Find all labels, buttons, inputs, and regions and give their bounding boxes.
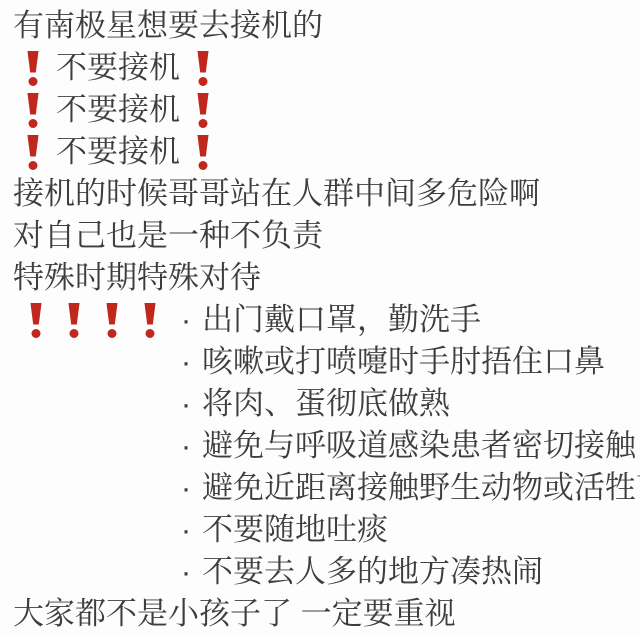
special-period-line: 特殊时期特殊对待 xyxy=(0,257,640,299)
tip-text: 咳嗽或打喷嚏时手肘捂住口鼻 xyxy=(202,341,605,383)
bullet-dot: · xyxy=(170,299,202,341)
tip-line: · 将肉、蛋彻底做熟 xyxy=(0,383,640,425)
exclamation-icon xyxy=(25,93,41,128)
warning-line: 不要接机 xyxy=(0,47,640,89)
tip-text: 不要去人多的地方凑热闹 xyxy=(202,551,543,593)
tip-line: · 避免与呼吸道感染患者密切接触 xyxy=(0,425,640,467)
special-period-text: 特殊时期特殊对待 xyxy=(13,257,261,299)
self-responsibility-line: 对自己也是一种不负责 xyxy=(0,215,640,257)
exclamation-icon xyxy=(142,303,158,338)
exclamation-icon xyxy=(66,303,82,338)
exclamation-icon xyxy=(104,303,120,338)
tip-line: · 咳嗽或打喷嚏时手肘捂住口鼻 xyxy=(0,341,640,383)
closing-line: 大家都不是小孩子了 一定要重视 xyxy=(0,593,640,635)
tips-header-line: · 出门戴口罩，勤洗手 xyxy=(0,299,640,341)
bullet-dot: · xyxy=(170,425,202,467)
bullet-dot: · xyxy=(170,383,202,425)
exclamation-icon xyxy=(195,135,211,170)
tip-text: 不要随地吐痰 xyxy=(202,509,388,551)
warning-text: 不要接机 xyxy=(56,89,180,131)
tip-text: 出门戴口罩，勤洗手 xyxy=(202,299,481,341)
tip-text: 将肉、蛋彻底做熟 xyxy=(202,383,450,425)
warning-text: 不要接机 xyxy=(56,131,180,173)
exclamation-icon xyxy=(195,51,211,86)
exclamation-icon xyxy=(28,303,44,338)
warning-text: 不要接机 xyxy=(56,47,180,89)
exclamation-icon-row xyxy=(28,303,158,338)
crowd-risk-text: 接机的时候哥哥站在人群中间多危险啊 xyxy=(13,173,540,215)
bullet-dot: · xyxy=(170,467,202,509)
warning-line: 不要接机 xyxy=(0,89,640,131)
tip-text: 避免与呼吸道感染患者密切接触 xyxy=(202,425,636,467)
closing-text: 大家都不是小孩子了 一定要重视 xyxy=(13,593,456,635)
self-responsibility-text: 对自己也是一种不负责 xyxy=(13,215,323,257)
warning-line: 不要接机 xyxy=(0,131,640,173)
tip-text: 避免近距离接触野生动物或活牲畜 xyxy=(202,467,640,509)
intro-line: 有南极星想要去接机的 xyxy=(0,5,640,47)
bullet-dot: · xyxy=(170,551,202,593)
post: 有南极星想要去接机的 不要接机 不要接机 不要接机 接机的时候哥哥站在人群中间多… xyxy=(0,0,640,635)
exclamation-icon xyxy=(25,51,41,86)
exclamation-icon xyxy=(195,93,211,128)
bullet-dot: · xyxy=(170,509,202,551)
tip-line: · 不要随地吐痰 xyxy=(0,509,640,551)
bullet-dot: · xyxy=(170,341,202,383)
exclamation-icon xyxy=(25,135,41,170)
crowd-risk-line: 接机的时候哥哥站在人群中间多危险啊 xyxy=(0,173,640,215)
intro-text: 有南极星想要去接机的 xyxy=(13,5,323,47)
tip-line: · 避免近距离接触野生动物或活牲畜 xyxy=(0,467,640,509)
tip-line: · 不要去人多的地方凑热闹 xyxy=(0,551,640,593)
